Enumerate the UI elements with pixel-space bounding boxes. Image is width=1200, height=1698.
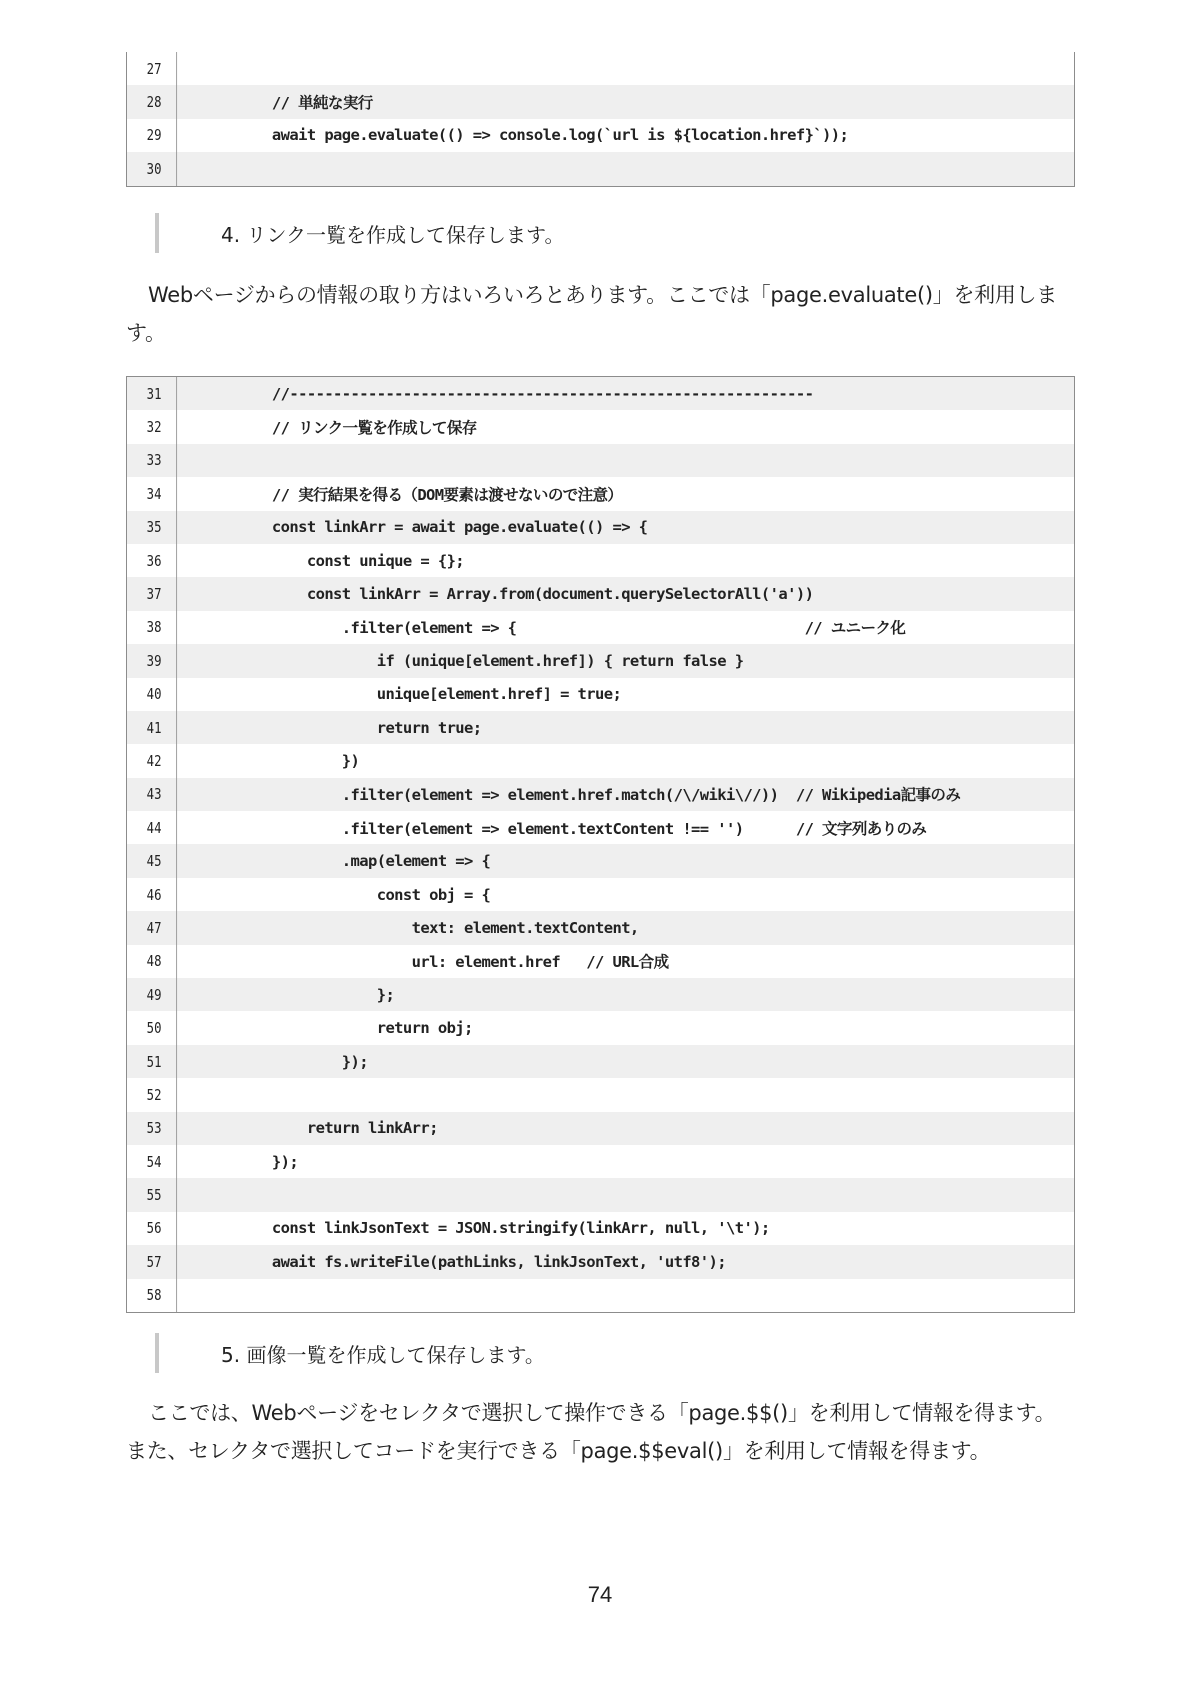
line-number: 51 — [132, 1045, 177, 1078]
code-text: const linkArr = await page.evaluate(() =… — [182, 518, 647, 536]
line-number: 52 — [132, 1078, 177, 1111]
code-line: 33 — [127, 444, 1074, 477]
code-text: if (unique[element.href]) { return false… — [182, 652, 743, 670]
body-paragraph-2: ここでは、Webページをセレクタで選択して操作できる「page.$$()」を利用… — [126, 1394, 1076, 1470]
code-text: await fs.writeFile(pathLinks, linkJsonTe… — [182, 1253, 726, 1271]
line-number: 44 — [132, 811, 177, 844]
line-number: 55 — [132, 1178, 177, 1211]
step-heading-5: 5. 画像一覧を作成して保存します。 — [155, 1333, 545, 1373]
line-number: 48 — [132, 945, 177, 978]
line-number: 29 — [132, 119, 177, 152]
line-number: 49 — [132, 978, 177, 1011]
code-line: 36 const unique = {}; — [127, 544, 1074, 577]
line-number: 56 — [132, 1212, 177, 1245]
code-line: 51 }); — [127, 1045, 1074, 1078]
code-line: 48 url: element.href // URL合成 — [127, 945, 1074, 978]
line-number: 46 — [132, 878, 177, 911]
code-line: 27 — [127, 52, 1074, 85]
code-line: 49 }; — [127, 978, 1074, 1011]
code-text: .filter(element => element.textContent !… — [182, 817, 926, 839]
code-text: // 実行結果を得る（DOM要素は渡せないので注意） — [182, 483, 622, 505]
code-line: 56 const linkJsonText = JSON.stringify(l… — [127, 1212, 1074, 1245]
code-text: unique[element.href] = true; — [182, 685, 621, 703]
step-heading-label: 5. 画像一覧を作成して保存します。 — [221, 1339, 545, 1368]
line-number: 50 — [132, 1011, 177, 1044]
line-number: 31 — [132, 377, 177, 410]
code-line: 31 //-----------------------------------… — [127, 377, 1074, 410]
line-number: 57 — [132, 1245, 177, 1278]
code-text: const obj = { — [182, 886, 490, 904]
code-line: 37 const linkArr = Array.from(document.q… — [127, 577, 1074, 610]
line-number: 35 — [132, 511, 177, 544]
code-text: }) — [182, 752, 359, 770]
code-line: 40 unique[element.href] = true; — [127, 678, 1074, 711]
line-number: 47 — [132, 911, 177, 944]
code-text: //--------------------------------------… — [182, 385, 813, 403]
code-line: 44 .filter(element => element.textConten… — [127, 811, 1074, 844]
code-text: }); — [182, 1053, 368, 1071]
code-text: await page.evaluate(() => console.log(`u… — [182, 126, 848, 144]
code-line: 28 // 単純な実行 — [127, 85, 1074, 118]
code-text: return obj; — [182, 1019, 473, 1037]
code-line: 29 await page.evaluate(() => console.log… — [127, 119, 1074, 152]
line-number: 39 — [132, 644, 177, 677]
code-text: const unique = {}; — [182, 552, 464, 570]
code-line: 55 — [127, 1178, 1074, 1211]
line-number: 41 — [132, 711, 177, 744]
code-line: 43 .filter(element => element.href.match… — [127, 778, 1074, 811]
code-text: // リンク一覧を作成して保存 — [182, 416, 477, 438]
code-text: .filter(element => element.href.match(/\… — [182, 783, 960, 805]
line-number: 58 — [132, 1279, 177, 1312]
code-text: .map(element => { — [182, 852, 490, 870]
code-text: .filter(element => { // ユニーク化 — [182, 616, 905, 638]
line-number: 45 — [132, 844, 177, 877]
code-line: 53 return linkArr; — [127, 1112, 1074, 1145]
code-line: 32 // リンク一覧を作成して保存 — [127, 410, 1074, 443]
code-line: 57 await fs.writeFile(pathLinks, linkJso… — [127, 1245, 1074, 1278]
step-heading-4: 4. リンク一覧を作成して保存します。 — [155, 213, 564, 253]
line-number: 30 — [132, 152, 177, 185]
code-line: 52 — [127, 1078, 1074, 1111]
line-number: 53 — [132, 1112, 177, 1145]
line-number: 38 — [132, 611, 177, 644]
code-text: url: element.href // URL合成 — [182, 950, 668, 972]
code-line: 50 return obj; — [127, 1011, 1074, 1044]
code-text: text: element.textContent, — [182, 919, 639, 937]
code-block-top: 27 28 // 単純な実行 29 await page.evaluate(()… — [126, 52, 1075, 187]
code-line: 45 .map(element => { — [127, 844, 1074, 877]
code-line: 34 // 実行結果を得る（DOM要素は渡せないので注意） — [127, 477, 1074, 510]
code-line: 47 text: element.textContent, — [127, 911, 1074, 944]
code-line: 39 if (unique[element.href]) { return fa… — [127, 644, 1074, 677]
code-block-links: 31 //-----------------------------------… — [126, 376, 1075, 1313]
code-line: 54 }); — [127, 1145, 1074, 1178]
code-text: return linkArr; — [182, 1119, 438, 1137]
line-number: 40 — [132, 678, 177, 711]
code-line: 58 — [127, 1279, 1074, 1312]
line-number: 34 — [132, 477, 177, 510]
body-paragraph-1: Webページからの情報の取り方はいろいろとあります。ここでは「page.eval… — [126, 276, 1076, 352]
line-number: 43 — [132, 778, 177, 811]
line-number: 27 — [132, 52, 177, 85]
code-line: 35 const linkArr = await page.evaluate((… — [127, 511, 1074, 544]
step-heading-label: 4. リンク一覧を作成して保存します。 — [221, 219, 564, 248]
code-line: 41 return true; — [127, 711, 1074, 744]
code-line: 38 .filter(element => { // ユニーク化 — [127, 611, 1074, 644]
code-text: }); — [182, 1153, 298, 1171]
line-number: 37 — [132, 577, 177, 610]
line-number: 54 — [132, 1145, 177, 1178]
line-number: 36 — [132, 544, 177, 577]
code-text: return true; — [182, 719, 482, 737]
code-line: 42 }) — [127, 744, 1074, 777]
line-number: 28 — [132, 85, 177, 118]
code-text: // 単純な実行 — [182, 91, 373, 113]
code-line: 46 const obj = { — [127, 878, 1074, 911]
code-text: }; — [182, 986, 394, 1004]
line-number: 33 — [132, 444, 177, 477]
line-number: 42 — [132, 744, 177, 777]
code-text: const linkArr = Array.from(document.quer… — [182, 585, 813, 603]
line-number: 32 — [132, 410, 177, 443]
page-number: 74 — [0, 1582, 1200, 1608]
code-line: 30 — [127, 152, 1074, 185]
code-text: const linkJsonText = JSON.stringify(link… — [182, 1219, 770, 1237]
